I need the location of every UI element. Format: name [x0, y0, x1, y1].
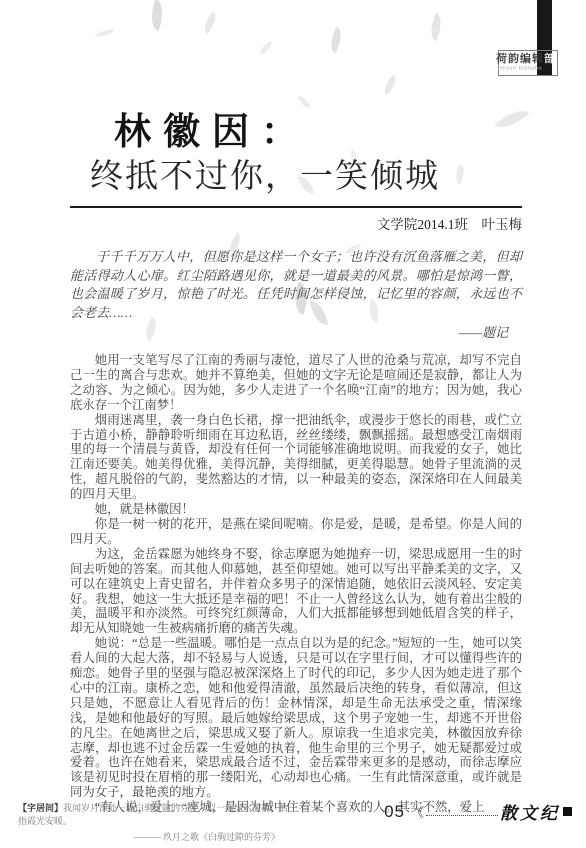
- section-name: 散文纪: [500, 799, 560, 824]
- footnote-line: 【字居间】我闻岁月深处一脉白驹过隙的芬芳，似一掬绿水温柔，恰一指霞光安暖。: [18, 802, 306, 828]
- dotted-leader: [426, 807, 498, 816]
- article-title-line1: 林徽因：: [114, 110, 522, 156]
- page-number: 05: [384, 802, 405, 822]
- article-body: 她用一支笔写尽了江南的秀丽与凄怆，道尽了人世的沧桑与荒凉，却写不完自己一生的离合…: [70, 353, 522, 815]
- footnote: 【字居间】我闻岁月深处一脉白驹过隙的芬芳，似一掬绿水温柔，恰一指霞光安暖。 ——…: [18, 802, 306, 844]
- footer: 05 《 散文纪: [384, 799, 572, 824]
- paragraph: 她，就是林徽因！: [70, 502, 522, 517]
- footnote-label: 【字居间】: [18, 803, 63, 813]
- paragraph: 为这，金岳霖愿为她终身不娶，徐志摩愿为她抛弃一切，梁思成愿用一生的时间去听她的答…: [70, 547, 522, 636]
- footnote-attribution: ——— 玖月之歌《白驹过隙的芬芳》: [18, 831, 306, 844]
- paragraph: 你是一树一树的花开，是燕在梁间呢喃。你是爱，是暖，是希望。你是人间的四月天。: [70, 517, 522, 547]
- epigraph-text: 于千千万万人中，但愿你是这样一个女子；也许没有沉鱼落雁之美，但却能活得动人心扉。…: [70, 248, 522, 322]
- guillemet-mark: 《: [411, 802, 424, 821]
- paragraph: 她用一支笔写尽了江南的秀丽与凄怆，道尽了人世的沧桑与荒凉，却写不完自己一生的离合…: [70, 353, 522, 413]
- magazine-page: 荷韵编辑部 Heyun bianjibu 林徽因： 终抵不过你，一笑倾城 文学院…: [0, 0, 586, 848]
- paragraph: 烟雨迷离里，袭一身白色长裙，撑一把油纸伞，或漫步于悠长的雨巷，或伫立于古道小桥，…: [70, 413, 522, 502]
- article-title-line2: 终抵不过你，一笑倾城: [90, 156, 522, 198]
- title-rule: [70, 206, 522, 208]
- article: 林徽因： 终抵不过你，一笑倾城 文学院2014.1班 叶玉梅 于千千万万人中，但…: [0, 0, 586, 815]
- epigraph-signature: ——题记: [70, 324, 522, 342]
- paragraph: 她说：“总是一些温暖。哪怕是一点点自以为是的纪念。”短短的一生，她可以笑看人间的…: [70, 636, 522, 800]
- epigraph: 于千千万万人中，但愿你是这样一个女子；也许没有沉鱼落雁之美，但却能活得动人心扉。…: [70, 248, 522, 322]
- square-end-mark: [563, 807, 572, 816]
- byline: 文学院2014.1班 叶玉梅: [70, 214, 522, 235]
